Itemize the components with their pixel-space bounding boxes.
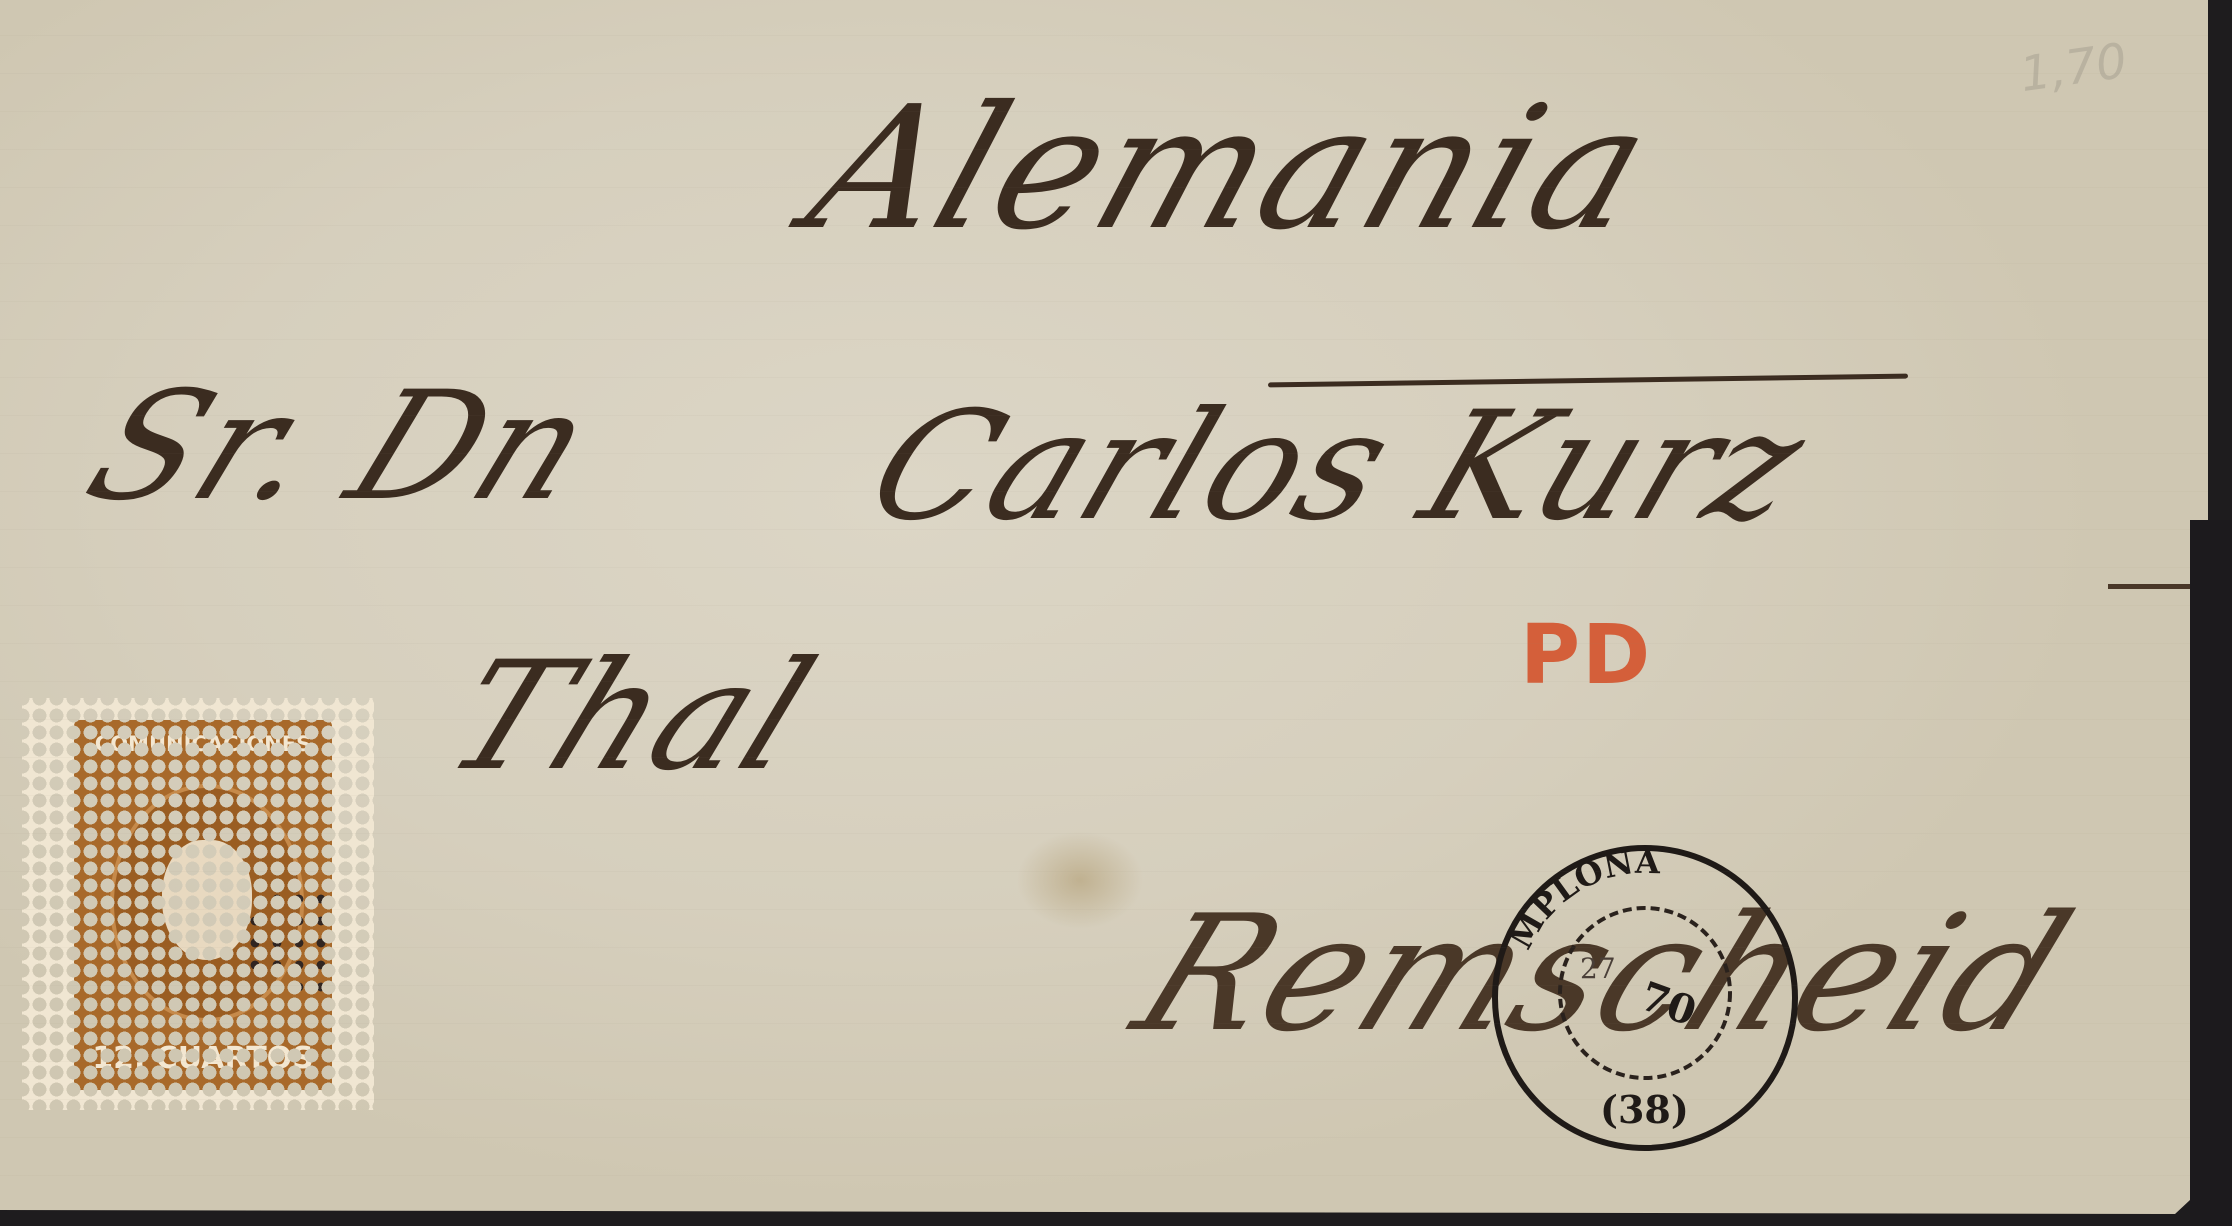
stamp-portrait-oval <box>110 784 304 1022</box>
stamp-portrait-face <box>162 840 252 960</box>
recipient-name: Carlos Kurz <box>848 380 1828 554</box>
postmark-day: 27 <box>1580 952 1616 985</box>
svg-text:MPLONA: MPLONA <box>1502 843 1662 956</box>
postmark-town: MPLONA <box>1502 843 1662 956</box>
recipient-line2: Thal <box>425 630 837 804</box>
underline-rule <box>1268 374 1908 388</box>
stamp-design: COMUNICACIONES 12. CUARTOS <box>74 720 332 1090</box>
postmark-number: (38) <box>1600 1087 1689 1132</box>
pamplona-postmark: MPLONA 27 70 (38) <box>1480 828 1800 1158</box>
trailing-dash <box>2108 584 2194 589</box>
background-edge <box>2190 520 2232 1226</box>
destination-city: Remscheid <box>1112 880 2095 1067</box>
red-pd-handstamp: PD <box>1520 608 1652 703</box>
postmark-year: 70 <box>1634 972 1702 1035</box>
stamp-top-text: COMUNICACIONES <box>74 732 332 756</box>
salutation: Sr. Dn <box>65 360 618 534</box>
destination-country: Alemania <box>788 70 1674 268</box>
stamp-value-text: 12. CUARTOS <box>74 1041 332 1076</box>
postal-cover: 1,70 Alemania Sr. Dn Carlos Kurz Thal Re… <box>0 0 2208 1214</box>
postage-stamp: COMUNICACIONES 12. CUARTOS <box>22 698 374 1110</box>
dotted-cancel-mark <box>244 888 332 998</box>
pencil-price-note: 1,70 <box>2017 33 2131 103</box>
